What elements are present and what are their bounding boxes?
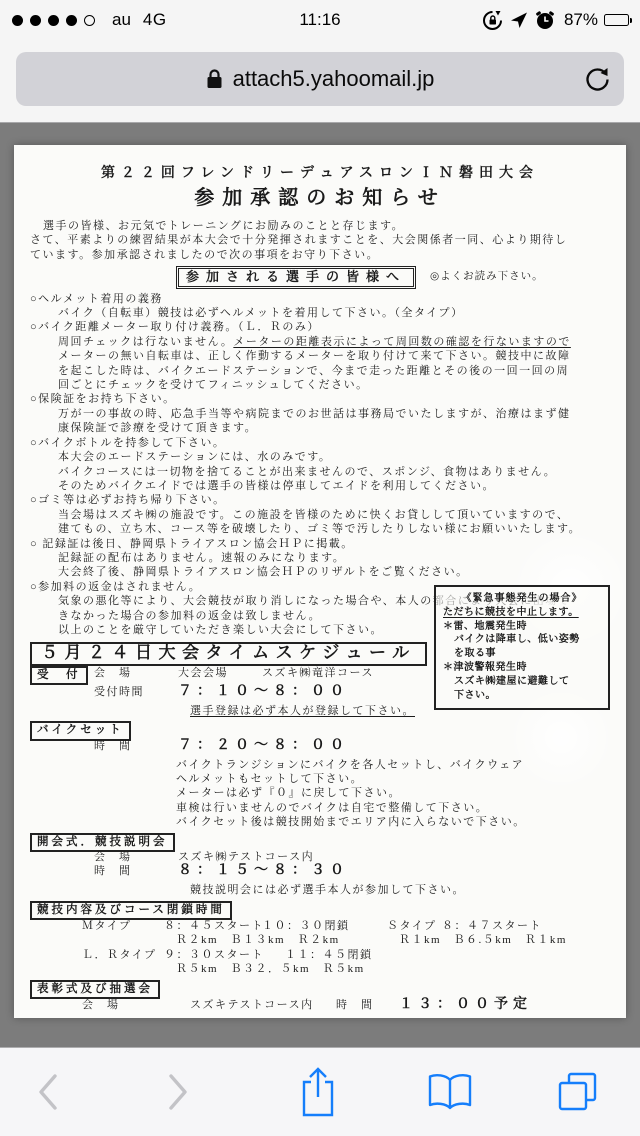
emergency-line: 下さい。: [443, 689, 601, 703]
battery-icon: [604, 14, 632, 26]
awards-venue: スズキテストコース内: [190, 998, 314, 1012]
back-button[interactable]: [22, 1048, 74, 1136]
opening-note: 競技説明会には必ず選手本人が参加して下さい。: [190, 883, 465, 897]
rule-line: を起こした時は、バイクエードステーションで、今まで走った距離とその後の一回一回の…: [30, 364, 610, 378]
chevron-left-icon: [36, 1073, 60, 1111]
rule-head: ○ 記録証は後日、静岡県トライアスロン協会ＨＰに掲載。: [30, 537, 610, 551]
tabs-button[interactable]: [550, 1048, 606, 1136]
rule-head: ○バイク距離メーター取り付け義務。（Ｌ．Ｒのみ）: [30, 320, 610, 334]
tabs-icon: [557, 1071, 599, 1113]
share-button[interactable]: [292, 1048, 344, 1136]
rule-line: 記録証の配布はありません。速報のみになります。: [30, 551, 610, 565]
intro-line: ています。参加承認されましたので次の事項をお守り下さい。: [30, 248, 610, 262]
rule-head: ○ゴミ等は必ずお持ち帰り下さい。: [30, 493, 610, 507]
bikeset-line: ヘルメットもセットして下さい。: [176, 772, 363, 786]
awards-row: 表彰式及び抽選会: [30, 980, 610, 994]
bikeset-line: 車検は行いませんのでバイクは自宅で整備して下さい。: [176, 801, 488, 815]
browser-chrome: au 4G 11:16 87%: [0, 0, 640, 123]
share-icon: [299, 1066, 337, 1118]
underlined-text: メーターの距離表示によって周回数の確認を行ないますので: [233, 336, 571, 348]
section-label-reception: 受 付: [30, 666, 88, 685]
rule-line: 康保険証で診療を受けて頂きます。: [30, 421, 610, 435]
bikeset-line: メーターは必ず『０』に戻して下さい。: [176, 786, 401, 800]
rule-line: 建てもの、立ち木、コース等を破壊したり、ゴミ等で汚したりしない様にお願いいたしま…: [30, 522, 610, 536]
rule-line: 回ごとにチェックを受けてフィニッシュしてください。: [30, 378, 610, 392]
race-row: 競技内容及びコース閉鎖時間: [30, 901, 610, 915]
bikeset-row: バイクセット: [30, 721, 610, 735]
emergency-stop-line: ただちに競技を中止します。: [443, 606, 601, 620]
web-content[interactable]: 第２２回フレンドリーデュアスロンＩＮ磐田大会 参加承認のお知らせ 選手の皆様、お…: [0, 122, 640, 1048]
reception-time: ７：１０～８：００: [178, 685, 349, 699]
emergency-line: ＊津波警報発生時: [443, 661, 601, 675]
chevron-right-icon: [166, 1073, 190, 1111]
rule-head: ○バイクボトルを持参して下さい。: [30, 436, 610, 450]
url-text: attach5.yahoomail.jp: [233, 66, 435, 92]
rule-line: バイク（自転車）競技は必ずヘルメットを着用して下さい。（全タイプ）: [30, 306, 610, 320]
document-page: 第２２回フレンドリーデュアスロンＩＮ磐田大会 参加承認のお知らせ 選手の皆様、お…: [14, 145, 626, 1018]
rule-line: そのためバイクエイドでは選手の皆様は停車してエイドを利用してください。: [30, 479, 610, 493]
status-bar: au 4G 11:16 87%: [0, 0, 640, 40]
section-label-awards: 表彰式及び抽選会: [30, 980, 160, 999]
rule-head: ○保険証をお持ち下さい。: [30, 392, 610, 406]
book-icon: [427, 1073, 473, 1111]
rule-line: 本大会のエードステーションには、水のみです。: [30, 450, 610, 464]
emergency-line: スズキ㈱建屋に避難して: [443, 675, 601, 689]
browser-toolbar: [0, 1047, 640, 1136]
emergency-notice-box: 《緊急事態発生の場合》 ただちに競技を中止します。 ＊雷、地震発生時 バイクは降…: [434, 585, 610, 710]
bookmarks-button[interactable]: [422, 1048, 478, 1136]
intro-line: 選手の皆様、お元気でトレーニングにお励みのことと存じます。: [30, 219, 610, 233]
carrier-label: au: [112, 10, 131, 30]
rule-line: 周回チェックは行ないません。メーターの距離表示によって周回数の確認を行ないますの…: [30, 335, 610, 349]
rule-line: 万が一の事故の時、応急手当等や病院までのお世話は事務局でいたしますが、治療はまず…: [30, 407, 610, 421]
section-label-race: 競技内容及びコース閉鎖時間: [30, 901, 232, 920]
reload-icon[interactable]: [584, 66, 610, 93]
lock-icon: [206, 68, 223, 90]
emergency-line: バイクは降車し、低い姿勢: [443, 633, 601, 647]
emergency-title: 《緊急事態発生の場合》: [443, 592, 601, 606]
rule-line: 当会場はスズキ㈱の施設です。この施設を皆様のために快くお貸しして頂いていますので…: [30, 508, 610, 522]
location-arrow-icon: [510, 11, 528, 29]
document-content: 第２２回フレンドリーデュアスロンＩＮ磐田大会 参加承認のお知らせ 選手の皆様、お…: [14, 145, 626, 1018]
network-label: 4G: [143, 10, 167, 30]
bikeset-line: バイクセット後は競技開始までエリア内に入らないで下さい。: [176, 815, 526, 829]
bikeset-line: バイクトランジションにバイクを各人セットし、バイクウェア: [176, 758, 524, 772]
emergency-line: ＊雷、地震発生時: [443, 620, 601, 634]
rule-head: ○ヘルメット着用の義務: [30, 292, 610, 306]
rotation-lock-icon: [482, 10, 503, 31]
intro-line: さて、平素よりの練習結果が本大会で十分発揮されますことを、大会関係者一同、心より…: [30, 233, 610, 247]
forward-button[interactable]: [152, 1048, 204, 1136]
doc-title: 第２２回フレンドリーデュアスロンＩＮ磐田大会: [30, 163, 610, 185]
schedule-heading: ５月２４日大会タイムスケジュール: [30, 642, 427, 665]
bikeset-time: ７：２０～８：００: [178, 739, 349, 753]
notice-note: ◎よくお読み下さい。: [430, 270, 544, 284]
doc-subtitle: 参加承認のお知らせ: [30, 185, 610, 212]
battery-percent-label: 87%: [564, 10, 598, 30]
rule-line: 大会終了後、静岡県トライアスロン協会ＨＰのリザルトをご覧ください。: [30, 565, 610, 579]
rule-line: メーターの無い自転車は、正しく作動するメーターを取り付けて来て下さい。競技中に故…: [30, 349, 610, 363]
signal-strength-icon: [12, 15, 102, 26]
address-bar[interactable]: attach5.yahoomail.jp: [16, 52, 624, 106]
opening-row: 開会式．競技説明会: [30, 833, 610, 847]
bikeset-row: 時 間 ７：２０～８：００: [30, 739, 610, 758]
awards-time: １３：００予定: [399, 998, 532, 1012]
notice-row: 参加される選手の皆様へ ◎よくお読み下さい。: [30, 266, 610, 288]
status-time-label: 11:16: [299, 0, 340, 40]
emergency-line: を取る事: [443, 647, 601, 661]
opening-time: ８：１５～８：３０: [178, 864, 349, 878]
rule-line: バイクコースには一切物を捨てることが出来ませんので、スポンジ、食物はありません。: [30, 465, 610, 479]
reception-note: 選手登録は必ず本人が登録して下さい。: [190, 704, 415, 718]
iphone-screen: { "colors": { "accent_blue": "#157efb", …: [0, 0, 640, 1136]
alarm-clock-icon: [535, 10, 555, 30]
notice-heading: 参加される選手の皆様へ: [176, 266, 416, 288]
